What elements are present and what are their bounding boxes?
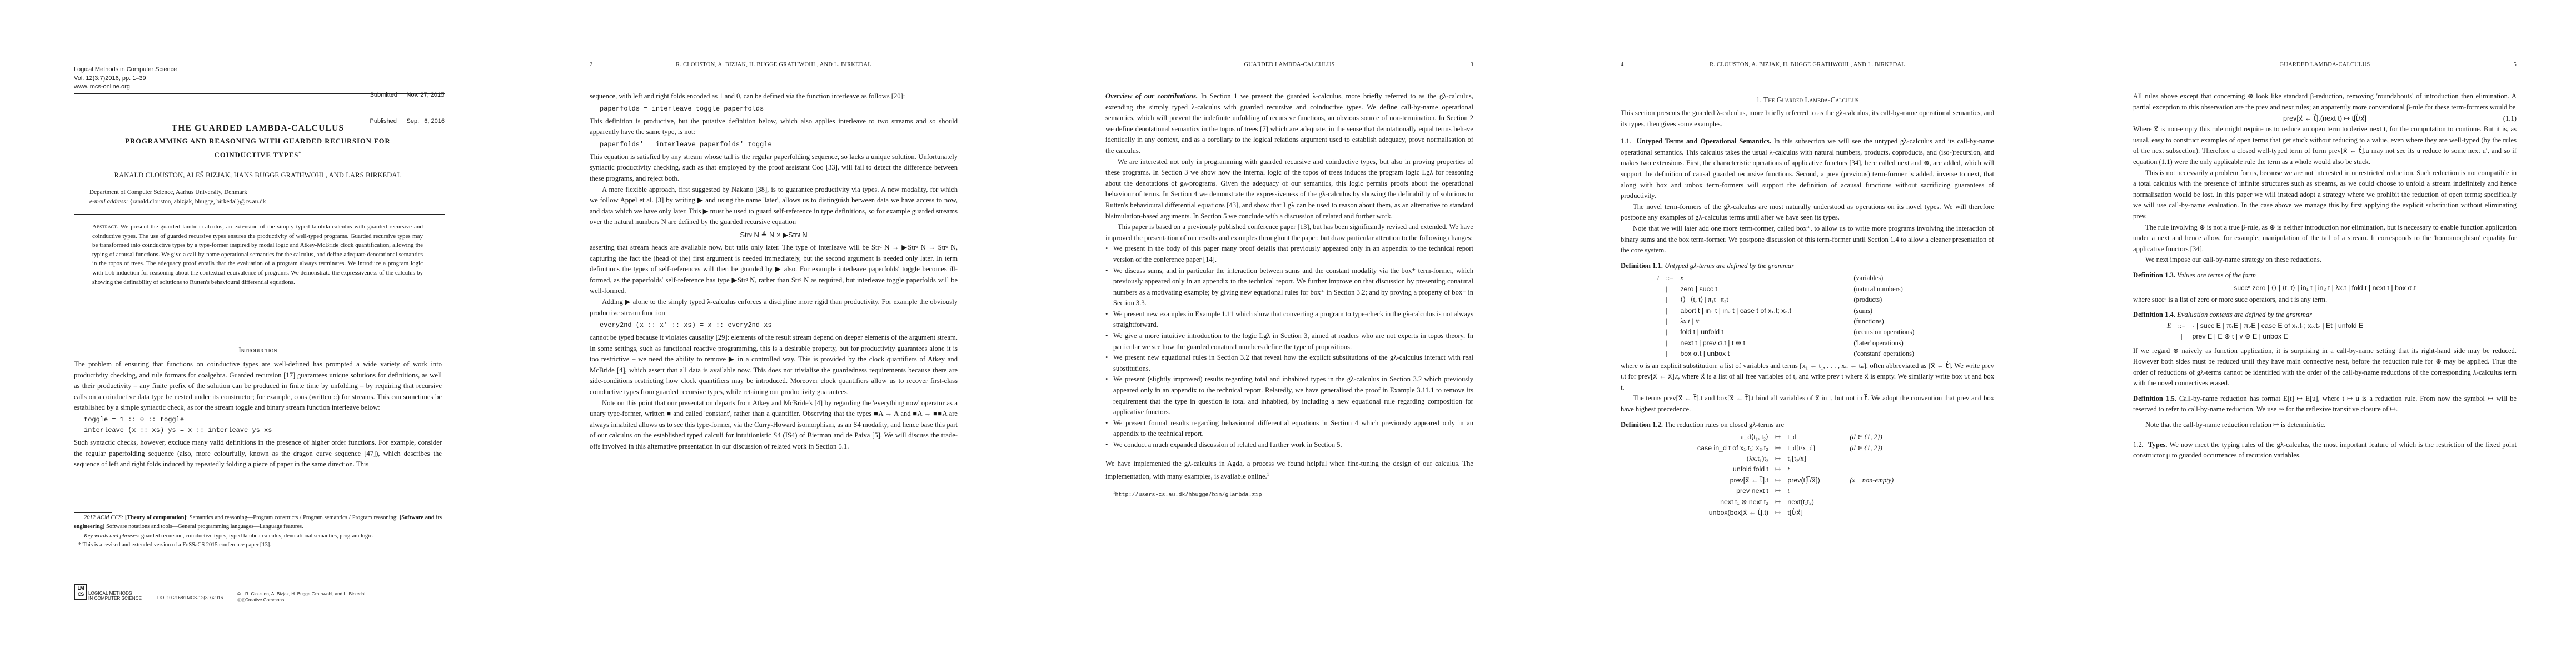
page-3: GUARDED LAMBDA-CALCULUS 3 Overview of ou… (1030, 0, 1546, 667)
overview-label: Overview of our contributions. (1105, 92, 1198, 100)
code-interleave: interleave (x :: xs) ys = x :: interleav… (74, 425, 442, 436)
grammar-row: |box σ.t | unbox t('constant' operations… (1654, 349, 1917, 359)
paragraph: This is not necessarily a problem for us… (2133, 168, 2517, 222)
paragraph: If we regard ⊛ naively as function appli… (2133, 346, 2517, 389)
journal-volume: Vol. 12(3:7)2016, pp. 1–39 (74, 74, 177, 83)
section-heading: 1. The Guarded Lambda-Calculus (1621, 96, 1994, 104)
rule-row: case in_d t of x₁.t₁; x₂.t₂↦t_d[t/x_d](d… (1676, 443, 1897, 454)
page-1: Logical Methods in Computer Science Vol.… (0, 0, 515, 667)
paragraph: asserting that stream heads are availabl… (590, 242, 958, 297)
paragraph: This definition is productive, but the p… (590, 116, 958, 138)
paragraph: We now meet the typing rules of the gλ-c… (2133, 441, 2517, 460)
copyright-icon: © (237, 591, 245, 598)
definition-label: Definition 1.2. (1621, 421, 1663, 429)
definition-text: Call-by-name reduction has format E[t] ↦… (2133, 395, 2517, 414)
paragraph: where σ is an explicit substitution: a l… (1621, 361, 1994, 394)
paragraph: where succⁿ is a list of zero or more su… (2133, 295, 2517, 306)
paragraph: This section presents the guarded λ-calc… (1621, 108, 1994, 130)
ccs-theory: [Theory of computation] (125, 515, 186, 521)
reduction-rules: π_d⟨t₁, t₂⟩↦t_d(d ∈ {1, 2}) case in_d t … (1676, 432, 1897, 518)
definition-label: Definition 1.3. (2133, 271, 2175, 279)
changes-list: We present in the body of this paper man… (1105, 243, 1473, 450)
rule-row: (λx.t₁)t₂↦t₁[t₂/x] (1676, 454, 1897, 464)
list-item: We present in the body of this paper man… (1105, 243, 1473, 265)
paragraph: Adding ▶ alone to the simply typed λ-cal… (590, 297, 958, 318)
paragraph: In Section 1 we present the guarded λ-ca… (1105, 92, 1473, 155)
rule-row: next t₁ ⊛ next t₂↦next(t₁t₂) (1676, 497, 1897, 507)
page-2: 2 R. CLOUSTON, A. BIZJAK, H. BUGGE GRATH… (515, 0, 1030, 667)
intro-section: The problem of ensuring that functions o… (74, 359, 442, 470)
paragraph: sequence, with left and right folds enco… (590, 91, 958, 102)
paragraph: The rule involving ⊛ is not a true β-rul… (2133, 222, 2517, 255)
license[interactable]: Creative Commons (245, 598, 284, 603)
definition-label: Definition 1.1. (1621, 262, 1663, 270)
paragraph: The novel term-formers of the gλ-calculu… (1621, 202, 1994, 223)
code-every2nd: every2nd (x :: x' :: xs) = x :: every2nd… (590, 320, 958, 331)
grammar-row: E::=· | succ E | π₁E | π₂E | case E of x… (2164, 321, 2366, 331)
page-4: 4 R. CLOUSTON, A. BIZJAK, H. BUGGE GRATH… (1546, 0, 2061, 667)
running-head-title: GUARDED LAMBDA-CALCULUS (1105, 62, 1473, 68)
paragraph: Where x⃗ is non-empty this rule might re… (2133, 124, 2517, 167)
journal-url[interactable]: www.lmcs-online.org (74, 83, 177, 92)
list-item: We discuss sums, and in particular the i… (1105, 266, 1473, 309)
footnote-rule (74, 512, 112, 513)
grammar-row: |fold t | unfold t(recursion operations) (1654, 327, 1917, 337)
grammar-row: |next t | prev σ.t | t ⊛ t('later' opera… (1654, 338, 1917, 349)
grammar-row: |zero | succ t(natural numbers) (1654, 284, 1917, 295)
lmcs-logo-text: LOGICAL METHODS IN COMPUTER SCIENCE (88, 591, 142, 601)
intro-heading: Introduction (74, 346, 442, 355)
journal-info: Logical Methods in Computer Science Vol.… (74, 66, 177, 92)
equation-number: (1.1) (2503, 113, 2517, 124)
paper-subtitle: PROGRAMMING AND REASONING WITH GUARDED R… (74, 136, 442, 161)
list-item: We present (slightly improved) results r… (1105, 374, 1473, 417)
affiliation-rule (74, 214, 445, 215)
page-body: All rules above except that concerning ⊛… (2133, 91, 2517, 461)
paragraph: The terms prev[x⃗ ← t⃗].t and box[x⃗ ← t… (1621, 393, 1994, 415)
paragraph: This paper is based on a previously publ… (1105, 222, 1473, 243)
paragraph: All rules above except that concerning ⊛… (2133, 91, 2517, 113)
equation-1-1: prev[x⃗ ← t⃗].(next t) ↦ t[t⃗/x⃗] (1.1) (2133, 113, 2517, 124)
page-body: Overview of our contributions. In Sectio… (1105, 91, 1473, 500)
submitted-label: Submitted (370, 91, 407, 100)
evaluation-context-grammar: E::=· | succ E | π₁E | π₂E | case E of x… (2164, 321, 2366, 342)
list-item: We present new examples in Example 1.11 … (1105, 309, 1473, 331)
paragraph: We have implemented the gλ-calculus in A… (1105, 460, 1473, 481)
definition-label: Definition 1.5. (2133, 395, 2176, 402)
page-body: sequence, with left and right folds enco… (590, 91, 958, 452)
code-toggle: toggle = 1 :: 0 :: toggle (74, 415, 442, 425)
running-head-authors: R. CLOUSTON, A. BIZJAK, H. BUGGE GRATHWO… (590, 62, 958, 68)
subsection-number: 1.1. (1621, 137, 1631, 145)
abstract-label: Abstract. (92, 223, 118, 230)
subsection-title: Untyped Terms and Operational Semantics. (1637, 137, 1771, 145)
journal-footer: LMCS LOGICAL METHODS IN COMPUTER SCIENCE… (74, 584, 442, 602)
code-paperfolds: paperfolds = interleave toggle paperfold… (590, 104, 958, 115)
grammar-row: |λx.t | tt(functions) (1654, 316, 1917, 327)
affiliation: Department of Computer Science, Aarhus U… (89, 188, 266, 197)
rule-row: prev[x⃗ ← t⃗].t↦prev(t[t⃗/x⃗])(x⃗ non-em… (1676, 475, 1897, 486)
page-number: 5 (2514, 62, 2517, 68)
subsection-title: Types. (2148, 441, 2167, 449)
intro-paragraph-2: Such syntactic checks, however, exclude … (74, 437, 442, 470)
grammar-row: |⟨⟩ | ⟨t, t⟩ | π₁t | π₂t(products) (1654, 295, 1917, 305)
creative-commons-icon: ⓒⓒ (237, 598, 245, 604)
list-item: We give a more intuitive introduction to… (1105, 331, 1473, 352)
definition-text: The reduction rules on closed gλ-terms a… (1665, 421, 1784, 429)
page-5: GUARDED LAMBDA-CALCULUS 5 All rules abov… (2061, 0, 2576, 667)
header-rule (74, 93, 445, 94)
list-item: We present formal results regarding beha… (1105, 418, 1473, 440)
paragraph: Note that we will later add one more ter… (1621, 223, 1994, 256)
lmcs-logo-icon: LMCS (74, 584, 87, 600)
page-number: 3 (1471, 62, 1473, 68)
email-label: e-mail address: (89, 198, 128, 205)
intro-paragraph-1: The problem of ensuring that functions o… (74, 359, 442, 414)
paragraph: In this subsection we will see the untyp… (1621, 137, 1994, 200)
paragraph: cannot be typed because it violates caus… (590, 332, 958, 398)
author-list: RANALD CLOUSTON, ALEŠ BIZJAK, HANS BUGGE… (74, 171, 442, 180)
footnote-rule (1105, 485, 1143, 485)
term-grammar: t::=x(variables) |zero | succ t(natural … (1654, 273, 1917, 359)
copyright-block: ©R. Clouston, A. Bizjak, H. Bugge Grathw… (237, 591, 365, 604)
running-head-title: GUARDED LAMBDA-CALCULUS (2133, 62, 2517, 68)
email-address[interactable]: {ranald.clouston, abizjak, bhugge, birke… (129, 198, 266, 205)
footnote-url[interactable]: http://users-cs.au.dk/hbugge/bin/glambda… (1115, 492, 1262, 499)
abstract-text: We present the guarded lambda-calculus, … (92, 223, 423, 286)
affiliation-block: Department of Computer Science, Aarhus U… (89, 188, 266, 207)
stream-equation: Strᵍ N ≜ N × ▶Strᵍ N (590, 229, 958, 241)
paragraph: This equation is satisfied by any stream… (590, 152, 958, 185)
keywords: guarded recursion, coinductive types, ty… (141, 533, 373, 539)
paragraph: Note that the call-by-name reduction rel… (2133, 420, 2517, 431)
definition-text: Untyped gλ-terms are defined by the gram… (1665, 262, 1794, 270)
revised-version-note: * This is a revised and extended version… (74, 541, 442, 550)
equation: prev[x⃗ ← t⃗].(next t) ↦ t[t⃗/x⃗] (2283, 115, 2366, 122)
grammar-row: t::=x(variables) (1654, 273, 1917, 283)
values-grammar: succⁿ zero | ⟨⟩ | ⟨t, t⟩ | in₁ t | in₂ t… (2133, 281, 2517, 295)
grammar-row: |prev E | E ⊛ t | v ⊛ E | unbox E (2164, 331, 2366, 342)
rule-row: unbox(box[x⃗ ← t⃗].t)↦t[t⃗/x⃗] (1676, 507, 1897, 518)
title-footnote-mark: * (298, 151, 301, 156)
paragraph: We are interested not only in programmin… (1105, 157, 1473, 222)
rule-row: prev next t↦t (1676, 486, 1897, 496)
doi[interactable]: DOI:10.2168/LMCS-12(3:7)2016 (157, 595, 223, 600)
copyright-holders: R. Clouston, A. Bizjak, H. Bugge Grathwo… (245, 591, 365, 596)
keywords-label: Key words and phrases: (84, 533, 139, 539)
running-head-authors: R. CLOUSTON, A. BIZJAK, H. BUGGE GRATHWO… (1621, 62, 1994, 68)
submitted-date: Nov. 27, 2015 (407, 92, 445, 98)
footnote-mark: 1 (1267, 472, 1269, 477)
list-item: We conduct a much expanded discussion of… (1105, 440, 1473, 451)
paragraph: A more flexible approach, first suggeste… (590, 185, 958, 228)
paper-title: THE GUARDED LAMBDA-CALCULUS (74, 123, 442, 133)
code-paperfolds-prime: paperfolds' = interleave paperfolds' tog… (590, 140, 958, 150)
definition-text: Evaluation contexts are defined by the g… (2177, 311, 2312, 318)
footnote: 1http://users-cs.au.dk/hbugge/bin/glambd… (1105, 488, 1473, 500)
paragraph: We next impose our call-by-name strategy… (2133, 255, 2517, 266)
ccs-label: 2012 ACM CCS: (84, 515, 123, 521)
page-body: 1. The Guarded Lambda-Calculus This sect… (1621, 96, 1994, 518)
subsection-number: 1.2. (2133, 441, 2144, 449)
definition-text: Values are terms of the form (2177, 271, 2256, 279)
rule-row: unfold fold t↦t (1676, 464, 1897, 475)
list-item: We present new equational rules in Secti… (1105, 352, 1473, 374)
rule-row: π_d⟨t₁, t₂⟩↦t_d(d ∈ {1, 2}) (1676, 432, 1897, 442)
paragraph: Note on this point that our presentation… (590, 398, 958, 452)
journal-name: Logical Methods in Computer Science (74, 66, 177, 74)
footnotes: 2012 ACM CCS: [Theory of computation]: S… (74, 514, 442, 550)
definition-label: Definition 1.4. (2133, 311, 2175, 318)
abstract: Abstract. We present the guarded lambda-… (92, 222, 423, 287)
grammar-row: |abort t | in₁ t | in₂ t | case t of x₁.… (1654, 306, 1917, 316)
